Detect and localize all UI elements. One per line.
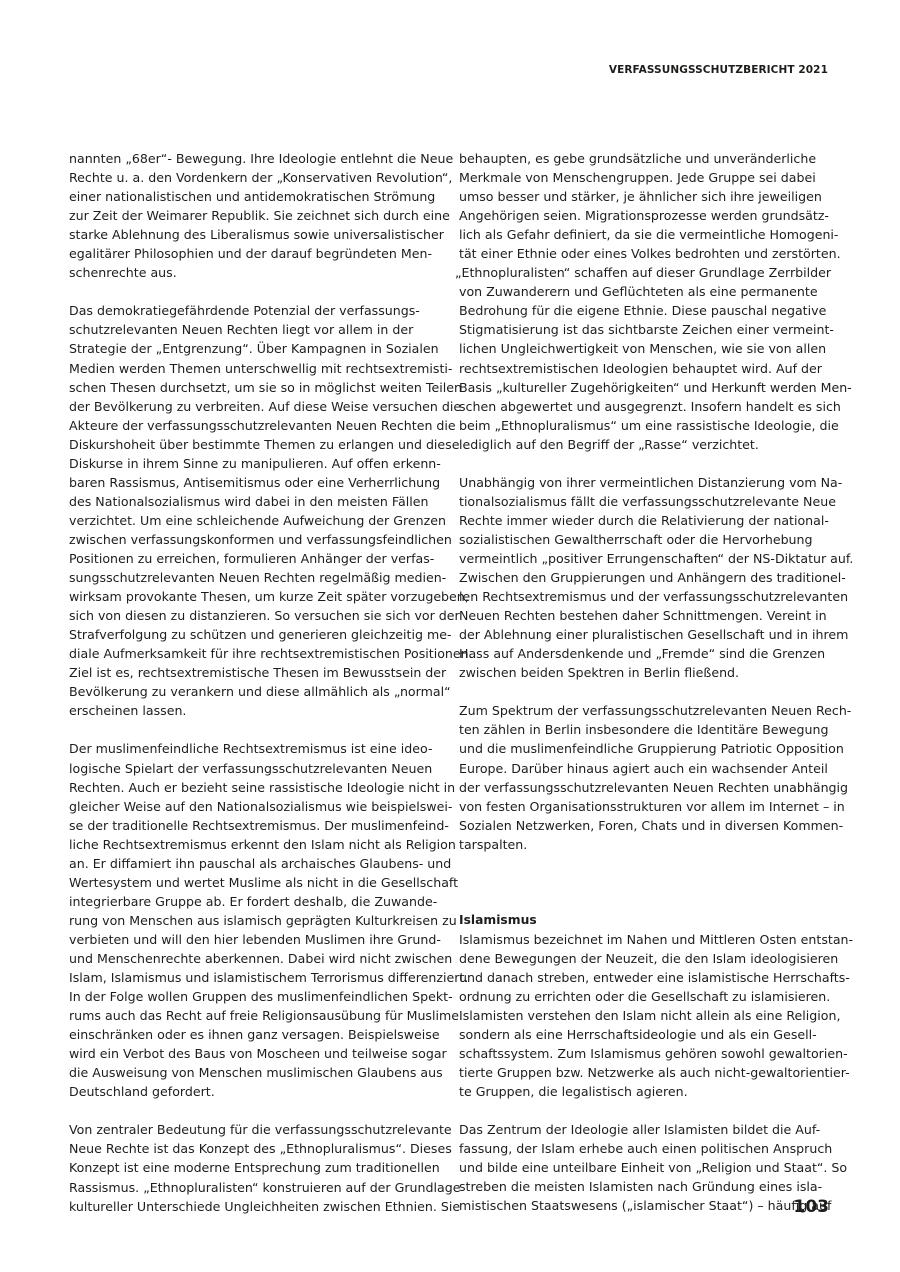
text-line: kultureller Unterschiede Ungleichheiten … xyxy=(69,1197,449,1216)
paragraph-neue-rechte-ideologie: nannten „68er“- Bewegung. Ihre Ideologie… xyxy=(69,149,449,282)
text-line: ten zählen in Berlin insbesondere die Id… xyxy=(459,720,839,739)
text-line: erscheinen lassen. xyxy=(69,701,449,720)
running-header: VERFASSUNGSSCHUTZBERICHT 2021 xyxy=(609,64,828,76)
text-line: wirksam provokante Thesen, um kurze Zeit… xyxy=(69,587,449,606)
text-line: Von zentraler Bedeutung für die verfassu… xyxy=(69,1120,449,1139)
text-line: schen abgewertet und ausgegrenzt. Insofe… xyxy=(459,397,839,416)
text-line: Rechten. Auch er bezieht seine rassistis… xyxy=(69,778,449,797)
text-line: verzichtet. Um eine schleichende Aufweic… xyxy=(69,511,449,530)
text-line: und danach streben, entweder eine islami… xyxy=(459,968,839,987)
text-line: lichen Ungleichwertigkeit von Menschen, … xyxy=(459,339,839,358)
text-line: Akteure der verfassungsschutzrelevanten … xyxy=(69,416,449,435)
text-line: Basis „kultureller Zugehörigkeiten“ und … xyxy=(459,378,839,397)
paragraph-spektrum: Zum Spektrum der verfassungsschutzreleva… xyxy=(459,701,839,853)
text-line: vermeintlich „positiver Errungenschaften… xyxy=(459,549,839,568)
text-line: Neue Rechte ist das Konzept des „Ethnopl… xyxy=(69,1139,449,1158)
text-line: zwischen verfassungskonformen und verfas… xyxy=(69,530,449,549)
paragraph-entgrenzung: Das demokratiegefährdende Potenzial der … xyxy=(69,301,449,720)
text-line: In der Folge wollen Gruppen des muslimen… xyxy=(69,987,449,1006)
text-line: Rechte immer wieder durch die Relativier… xyxy=(459,511,839,530)
text-line: dene Bewegungen der Neuzeit, die den Isl… xyxy=(459,949,839,968)
text-line: einschränken oder es ihnen ganz versagen… xyxy=(69,1025,449,1044)
text-line: die Ausweisung von Menschen muslimischen… xyxy=(69,1063,449,1082)
text-line: beim „Ethnopluralismus“ um eine rassisti… xyxy=(459,416,839,435)
text-line: sozialistischen Gewaltherrschaft oder di… xyxy=(459,530,839,549)
text-line: „Ethnopluralisten“ schaffen auf dieser G… xyxy=(455,263,839,282)
text-line: Rechte u. a. den Vordenkern der „Konserv… xyxy=(69,168,449,187)
text-line: tarspalten. xyxy=(459,835,839,854)
paragraph-islamismus-ideologie: Das Zentrum der Ideologie aller Islamist… xyxy=(459,1120,839,1215)
text-line: und Menschenrechte aberkennen. Dabei wir… xyxy=(69,949,449,968)
text-line: Ziel ist es, rechtsextremistische Thesen… xyxy=(69,663,449,682)
text-line: ordnung zu errichten oder die Gesellscha… xyxy=(459,987,839,1006)
text-line: an. Er diffamiert ihn pauschal als archa… xyxy=(69,854,449,873)
text-line: liche Rechtsextremismus erkennt den Isla… xyxy=(69,835,449,854)
text-line: Stigmatisierung ist das sichtbarste Zeic… xyxy=(459,320,839,339)
text-line: rums auch das Recht auf freie Religionsa… xyxy=(69,1006,449,1025)
text-line: Neuen Rechten bestehen daher Schnittmeng… xyxy=(459,606,839,625)
text-line: Zwischen den Gruppierungen und Anhängern… xyxy=(459,568,839,587)
text-line: mistischen Staatswesens („islamischer St… xyxy=(459,1196,839,1215)
text-line: schutzrelevanten Neuen Rechten liegt vor… xyxy=(69,320,449,339)
paragraph-ethnopluralismus-continued: behaupten, es gebe grundsätzliche und un… xyxy=(459,149,839,454)
text-line: behaupten, es gebe grundsätzliche und un… xyxy=(459,149,839,168)
text-line: Der muslimenfeindliche Rechtsextremismus… xyxy=(69,739,449,758)
text-line: Positionen zu erreichen, formulieren Anh… xyxy=(69,549,449,568)
text-line: Sozialen Netzwerken, Foren, Chats und in… xyxy=(459,816,839,835)
text-line: der verfassungsschutzrelevanten Neuen Re… xyxy=(459,778,839,797)
text-line: baren Rassismus, Antisemitismus oder ein… xyxy=(69,473,449,492)
right-column: behaupten, es gebe grundsätzliche und un… xyxy=(459,149,839,1235)
text-line: logische Spielart der verfassungsschutzr… xyxy=(69,759,449,778)
text-line: tät einer Ethnie oder eines Volkes bedro… xyxy=(459,244,839,263)
text-line: sich von diesen zu distanzieren. So vers… xyxy=(69,606,449,625)
text-line: gleicher Weise auf den Nationalsozialism… xyxy=(69,797,449,816)
text-line: verbieten und will den hier lebenden Mus… xyxy=(69,930,449,949)
text-line: Medien werden Themen unterschwellig mit … xyxy=(69,359,449,378)
text-line: Deutschland gefordert. xyxy=(69,1082,449,1101)
text-line: Zum Spektrum der verfassungsschutzreleva… xyxy=(459,701,839,720)
text-line: Angehörigen seien. Migrationsprozesse we… xyxy=(459,206,839,225)
text-line: Rassismus. „Ethnopluralisten“ konstruier… xyxy=(69,1178,449,1197)
text-line: diale Aufmerksamkeit für ihre rechtsextr… xyxy=(69,644,449,663)
text-line: nannten „68er“- Bewegung. Ihre Ideologie… xyxy=(69,149,449,168)
text-line: wird ein Verbot des Baus von Moscheen un… xyxy=(69,1044,449,1063)
paragraph-muslimenfeindlich: Der muslimenfeindliche Rechtsextremismus… xyxy=(69,739,449,1101)
text-line: des Nationalsozialismus wird dabei in de… xyxy=(69,492,449,511)
paragraph-distanzierung: Unabhängig von ihrer vermeintlichen Dist… xyxy=(459,473,839,683)
text-line: schen Thesen durchsetzt, um sie so in mö… xyxy=(69,378,449,397)
text-line: rung von Menschen aus islamisch geprägte… xyxy=(69,911,449,930)
text-line: Bedrohung für die eigene Ethnie. Diese p… xyxy=(459,301,839,320)
text-line: Diskurshoheit über bestimmte Themen zu e… xyxy=(69,435,449,454)
text-line: der Bevölkerung zu verbreiten. Auf diese… xyxy=(69,397,449,416)
text-line: Wertesystem und wertet Muslime als nicht… xyxy=(69,873,449,892)
text-line: integrierbare Gruppe ab. Er fordert desh… xyxy=(69,892,449,911)
section-heading-islamismus: Islamismus xyxy=(459,911,839,930)
text-line: sungsschutzrelevanten Neuen Rechten rege… xyxy=(69,568,449,587)
paragraph-islamismus-definition: Islamismus bezeichnet im Nahen und Mittl… xyxy=(459,930,839,1101)
text-line: Konzept ist eine moderne Entsprechung zu… xyxy=(69,1158,449,1177)
text-line: umso besser und stärker, je ähnlicher si… xyxy=(459,187,839,206)
text-line: Europe. Darüber hinaus agiert auch ein w… xyxy=(459,759,839,778)
text-line: einer nationalistischen und antidemokrat… xyxy=(69,187,449,206)
text-line: Islam, Islamismus und islamistischem Ter… xyxy=(69,968,449,987)
text-line: der Ablehnung einer pluralistischen Gese… xyxy=(459,625,839,644)
text-line: starke Ablehnung des Liberalismus sowie … xyxy=(69,225,449,244)
left-column: nannten „68er“- Bewegung. Ihre Ideologie… xyxy=(69,149,449,1235)
text-line: lediglich auf den Begriff der „Rasse“ ve… xyxy=(459,435,839,454)
text-line: Islamismus bezeichnet im Nahen und Mittl… xyxy=(459,930,839,949)
text-line: von festen Organisationsstrukturen vor a… xyxy=(459,797,839,816)
text-line: rechtsextremistischen Ideologien behaupt… xyxy=(459,359,839,378)
section-spacer xyxy=(459,873,839,911)
text-line: tionalsozialismus fällt die verfassungss… xyxy=(459,492,839,511)
text-line: tierte Gruppen bzw. Netzwerke als auch n… xyxy=(459,1063,839,1082)
text-line: Das Zentrum der Ideologie aller Islamist… xyxy=(459,1120,839,1139)
text-line: schaftssystem. Zum Islamismus gehören so… xyxy=(459,1044,839,1063)
page-number: 103 xyxy=(794,1197,830,1217)
text-line: te Gruppen, die legalistisch agieren. xyxy=(459,1082,839,1101)
text-line: Strategie der „Entgrenzung“. Über Kampag… xyxy=(69,339,449,358)
text-line: len Rechtsextremismus und der verfassung… xyxy=(459,587,839,606)
text-line: schenrechte aus. xyxy=(69,263,449,282)
text-line: Islamisten verstehen den Islam nicht all… xyxy=(459,1006,839,1025)
text-line: zur Zeit der Weimarer Republik. Sie zeic… xyxy=(69,206,449,225)
text-line: streben die meisten Islamisten nach Grün… xyxy=(459,1177,839,1196)
text-line: Das demokratiegefährdende Potenzial der … xyxy=(69,301,449,320)
paragraph-ethnopluralismus: Von zentraler Bedeutung für die verfassu… xyxy=(69,1120,449,1215)
text-line: und die muslimenfeindliche Gruppierung P… xyxy=(459,739,839,758)
text-line: Unabhängig von ihrer vermeintlichen Dist… xyxy=(459,473,839,492)
text-line: Merkmale von Menschengruppen. Jede Grupp… xyxy=(459,168,839,187)
text-line: Hass auf Andersdenkende und „Fremde“ sin… xyxy=(459,644,839,663)
text-line: se der traditionelle Rechtsextremismus. … xyxy=(69,816,449,835)
text-line: Bevölkerung zu verankern und diese allmä… xyxy=(69,682,449,701)
text-line: Diskurse in ihrem Sinne zu manipulieren.… xyxy=(69,454,449,473)
text-line: und bilde eine unteilbare Einheit von „R… xyxy=(459,1158,839,1177)
text-line: zwischen beiden Spektren in Berlin fließ… xyxy=(459,663,839,682)
text-line: lich als Gefahr definiert, da sie die ve… xyxy=(459,225,839,244)
text-line: Strafverfolgung zu schützen und generier… xyxy=(69,625,449,644)
text-line: egalitärer Philosophien und der darauf b… xyxy=(69,244,449,263)
text-line: fassung, der Islam erhebe auch einen pol… xyxy=(459,1139,839,1158)
text-line: sondern als eine Herrschaftsideologie un… xyxy=(459,1025,839,1044)
text-line: von Zuwanderern und Geflüchteten als ein… xyxy=(459,282,839,301)
